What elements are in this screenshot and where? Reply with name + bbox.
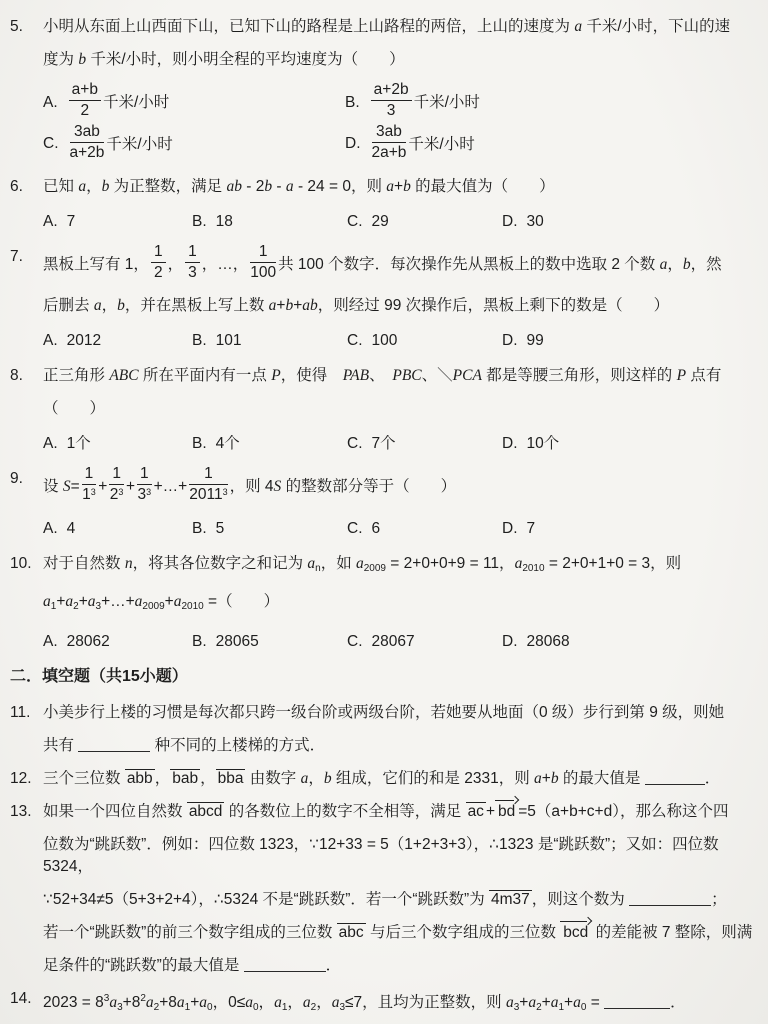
text-run: 28067 <box>372 633 415 650</box>
math-variable: b <box>264 178 272 195</box>
text-run: ，则经过 99 次操作后，黑板上剩下的数是（ ） <box>318 297 669 314</box>
math-variable: a <box>88 593 96 610</box>
question-line: 度为 b 千米/小时，则小明全程的平均速度为（ ） <box>43 49 754 71</box>
option: A.7 <box>43 209 192 235</box>
text-run: 1个 <box>67 435 91 452</box>
question-number: 13. <box>10 801 32 823</box>
text-run: ； <box>711 891 727 908</box>
fraction-numerator: 1 <box>109 466 124 485</box>
text-run: ， <box>667 256 683 273</box>
math-variable: PCA <box>453 367 482 384</box>
option-label: B. <box>192 520 207 537</box>
math-variable: n <box>125 555 133 572</box>
math-variable: b <box>551 770 559 787</box>
fraction-denominator: 2 <box>151 263 166 281</box>
option: C.3aba+2b千米/小时 <box>43 124 345 166</box>
text-run: + <box>542 994 551 1011</box>
arrow-overline-number: bcd <box>560 924 591 941</box>
option: B.18 <box>192 209 347 235</box>
text-run: 的整数部分等于（ ） <box>281 477 456 494</box>
fraction: a+b2 <box>67 82 103 120</box>
text-run: 千米/小时，则小明全程的平均速度为（ ） <box>86 51 405 68</box>
fraction: 13 <box>183 244 202 282</box>
fraction-denominator: 33 <box>137 485 152 503</box>
option-label: D. <box>502 520 518 537</box>
subscript: 2009 <box>142 601 164 612</box>
text-run: 黑板上写有 1， <box>43 256 149 273</box>
option: C.29 <box>347 209 502 235</box>
text-run: = 2+0+1+0 = 3，则 <box>545 555 682 572</box>
question-line: 对于自然数 n，将其各位数字之和记为 an，如 a2009 = 2+0+0+9 … <box>43 553 754 580</box>
subscript: 2010 <box>522 563 544 574</box>
question-line: 已知 a，b 为正整数，满足 ab - 2b - a - 24 = 0，则 a+… <box>43 176 754 198</box>
option: A.a+b2千米/小时 <box>43 82 345 124</box>
fraction-denominator-exponent: 3 <box>91 487 96 497</box>
math-variable: a <box>43 593 51 610</box>
overline-number: bab <box>170 769 200 787</box>
text-run: +…+ <box>154 477 188 494</box>
option-label: D. <box>502 213 518 230</box>
option: D.3ab2a+b千米/小时 <box>345 124 754 166</box>
math-variable: PAB <box>343 367 369 384</box>
options-row: A.a+b2千米/小时B.a+2b3千米/小时C.3aba+2b千米/小时D.3… <box>43 82 754 165</box>
text-run: 的差能被 7 整除，则满 <box>591 924 752 941</box>
question-line: 三个三位数 abb，bab，bba 由数字 a，b 组成，它们的和是 2331，… <box>43 768 754 790</box>
option-label: A. <box>43 520 58 537</box>
question-line: 2023 = 83a3+82a2+8a1+a0，0≤a0，a1，a2，a3≤7，… <box>43 988 754 1019</box>
text-run: 7个 <box>372 435 396 452</box>
question-13: 13.如果一个四位自然数 abcd 的各数位上的数字不全相等，满足 ac+bd=… <box>10 801 754 977</box>
text-run: ，则 4 <box>230 477 274 494</box>
math-variable: S <box>63 477 71 494</box>
option-label: C. <box>43 135 59 152</box>
option: D.30 <box>502 209 754 235</box>
question-line: 位数为“跳跃数”．例如：四位数 1323，∵12+33 = 5（1+2+3+3）… <box>43 834 754 878</box>
options-row: A.2012B.101C.100D.99 <box>43 328 754 354</box>
math-variable: ABC <box>109 367 138 384</box>
option-label: B. <box>192 633 207 650</box>
text-run: =（ ） <box>204 593 279 610</box>
math-variable: a <box>109 994 117 1011</box>
text-run: 7 <box>67 213 76 230</box>
math-variable: a <box>573 994 581 1011</box>
options-row: A.1个B.4个C.7个D.10个 <box>43 431 754 457</box>
math-variable: a <box>65 593 73 610</box>
overline-number: ac <box>466 802 486 820</box>
text-run: ， <box>102 297 118 314</box>
option-label: D. <box>502 633 518 650</box>
option-label: D. <box>502 332 518 349</box>
text-run: 4 <box>67 520 76 537</box>
answer-blank <box>645 769 705 785</box>
text-run: 正三角形 <box>43 367 109 384</box>
option: D.28068 <box>502 629 754 655</box>
question-number: 6. <box>10 176 23 198</box>
question-number: 12. <box>10 768 32 790</box>
text-run: 2023 = 8 <box>43 994 104 1011</box>
text-run: ． <box>705 770 721 787</box>
text-run: 10个 <box>527 435 560 452</box>
text-run: 设 <box>43 477 63 494</box>
option: A.1个 <box>43 431 192 457</box>
text-run: 99 <box>527 332 544 349</box>
text-run: 30 <box>527 213 544 230</box>
fraction: 1100 <box>248 244 278 282</box>
option-label: B. <box>192 435 207 452</box>
text-run: 如果一个四位自然数 <box>43 803 187 820</box>
text-run: 共 100 个数字．每次操作先从黑板上的数中选取 2 个数 <box>278 256 660 273</box>
text-run: ． <box>326 957 342 974</box>
question-8: 8.正三角形 ABC 所在平面内有一点 P，使得 PAB、 PBC、＼PCA 都… <box>10 365 754 457</box>
text-run: ，0≤ <box>213 994 246 1011</box>
overline-number: abb <box>125 769 155 787</box>
math-variable: a <box>307 555 315 572</box>
question-line: 小明从东面上山西面下山，已知下山的路程是上山路程的两倍，上山的速度为 a 千米/… <box>43 16 754 38</box>
text-run: 为正整数，满足 <box>109 178 226 195</box>
text-run: - 24 = 0，则 <box>294 178 387 195</box>
text-run: =5（a+b+c+d），那么称这个四 <box>518 803 728 820</box>
text-run: 点有 <box>686 367 721 384</box>
question-14: 14.2023 = 83a3+82a2+8a1+a0，0≤a0，a1，a2，a3… <box>10 988 754 1019</box>
text-run: - 2 <box>242 178 264 195</box>
answer-blank <box>604 993 670 1009</box>
math-variable: PBC <box>392 367 421 384</box>
option-label: B. <box>345 94 360 111</box>
question-number: 5. <box>10 16 23 38</box>
question-line: 如果一个四位自然数 abcd 的各数位上的数字不全相等，满足 ac+bd=5（a… <box>43 801 754 823</box>
text-run: 千米/小时 <box>408 135 474 152</box>
text-run: 位数为“跳跃数”．例如：四位数 1323，∵12+33 = 5（1+2+3+3）… <box>43 836 719 875</box>
text-run: 都是等腰三角形，则这样的 <box>482 367 677 384</box>
text-run: （ ） <box>43 400 105 417</box>
option: A.4 <box>43 516 192 542</box>
fraction: 12 <box>149 244 168 282</box>
overline-number: abcd <box>187 802 225 820</box>
option: C.28067 <box>347 629 502 655</box>
text-run: 29 <box>372 213 389 230</box>
subscript: 2010 <box>181 601 203 612</box>
text-run: + <box>98 477 107 494</box>
option: C.7个 <box>347 431 502 457</box>
math-variable: a <box>303 994 311 1011</box>
text-run: 18 <box>216 213 233 230</box>
fraction-numerator: 1 <box>250 244 276 263</box>
math-variable: a <box>574 18 582 35</box>
text-run: 小明从东面上山西面下山，已知下山的路程是上山路程的两倍，上山的速度为 <box>43 18 574 35</box>
fraction-denominator: 13 <box>82 485 97 503</box>
option: C.6 <box>347 516 502 542</box>
math-variable: ab <box>302 297 318 314</box>
text-run: 共有 <box>43 737 78 754</box>
math-variable: a <box>386 178 394 195</box>
fraction-numerator: 1 <box>151 244 166 263</box>
text-run: 度为 <box>43 51 78 68</box>
question-line: 正三角形 ABC 所在平面内有一点 P，使得 PAB、 PBC、＼PCA 都是等… <box>43 365 754 387</box>
fraction-numerator: 1 <box>82 466 97 485</box>
text-run: ，然 <box>691 256 722 273</box>
math-variable: a <box>78 178 86 195</box>
text-run: + <box>519 994 528 1011</box>
fraction-numerator: 3ab <box>70 124 105 143</box>
text-run: ， <box>168 256 184 273</box>
fraction-denominator-exponent: 3 <box>118 487 123 497</box>
text-run: ， <box>86 178 102 195</box>
math-variable: b <box>324 770 332 787</box>
text-run: 2012 <box>67 332 101 349</box>
exam-content: 5.小明从东面上山西面下山，已知下山的路程是上山路程的两倍，上山的速度为 a 千… <box>10 16 754 1019</box>
math-variable: a <box>356 555 364 572</box>
text-run: + <box>126 477 135 494</box>
text-run: 组成，它们的和是 2331，则 <box>332 770 534 787</box>
text-run: 6 <box>372 520 381 537</box>
text-run: 5 <box>216 520 225 537</box>
math-variable: a <box>177 994 185 1011</box>
text-run: 种不同的上楼梯的方式． <box>150 737 325 754</box>
question-6: 6.已知 a，b 为正整数，满足 ab - 2b - a - 24 = 0，则 … <box>10 176 754 235</box>
option-label: A. <box>43 213 58 230</box>
option: B.28065 <box>192 629 347 655</box>
text-run: 28068 <box>527 633 570 650</box>
option-label: C. <box>347 435 363 452</box>
text-run: = <box>586 994 604 1011</box>
text-run: ，如 <box>321 555 356 572</box>
fraction-denominator-exponent: 3 <box>223 487 228 497</box>
text-run: + <box>79 593 88 610</box>
fraction-numerator: 1 <box>185 244 200 263</box>
fraction-denominator: 100 <box>250 263 276 281</box>
fraction-denominator: 3 <box>371 101 412 119</box>
option-label: C. <box>347 520 363 537</box>
fraction: 123 <box>107 466 126 504</box>
fraction-denominator: a+2b <box>70 143 105 161</box>
option: D.99 <box>502 328 754 354</box>
text-run: 100 <box>372 332 398 349</box>
fraction: 3aba+2b <box>68 124 107 162</box>
fraction-numerator: 3ab <box>372 124 407 143</box>
options-row: A.28062B.28065C.28067D.28068 <box>43 629 754 655</box>
text-run: 对于自然数 <box>43 555 125 572</box>
question-10: 10.对于自然数 n，将其各位数字之和记为 an，如 a2009 = 2+0+0… <box>10 553 754 655</box>
question-number: 10. <box>10 553 32 575</box>
option: B.5 <box>192 516 347 542</box>
option: B.4个 <box>192 431 347 457</box>
option-label: D. <box>345 135 361 152</box>
option-label: D. <box>502 435 518 452</box>
option-label: A. <box>43 435 58 452</box>
text-run: 若一个“跳跃数”的前三个数字组成的三位数 <box>43 924 337 941</box>
text-run: ， <box>259 994 275 1011</box>
fraction: 133 <box>135 466 154 504</box>
option: C.100 <box>347 328 502 354</box>
options-row: A.7B.18C.29D.30 <box>43 209 754 235</box>
text-run: + <box>293 297 302 314</box>
option: B.101 <box>192 328 347 354</box>
fraction: 3ab2a+b <box>370 124 409 162</box>
option: D.7 <box>502 516 754 542</box>
text-run: 千米/小时，下山的速 <box>582 18 730 35</box>
question-number: 8. <box>10 365 23 387</box>
question-line: 共有 种不同的上楼梯的方式． <box>43 735 754 757</box>
option: B.a+2b3千米/小时 <box>345 82 754 124</box>
option-label: B. <box>192 213 207 230</box>
text-run: +8 <box>159 994 177 1011</box>
subscript: 2009 <box>364 563 386 574</box>
option: A.2012 <box>43 328 192 354</box>
question-line: 后删去 a，b，并在黑板上写上数 a+b+ab，则经过 99 次操作后，黑板上剩… <box>43 295 754 317</box>
text-run: ，将其各位数字之和记为 <box>133 555 308 572</box>
options-row: A.4B.5C.6D.7 <box>43 516 754 542</box>
option-label: C. <box>347 332 363 349</box>
text-run: 、＼ <box>422 367 453 384</box>
text-run: ． <box>670 994 686 1011</box>
math-variable: a <box>286 178 294 195</box>
text-run: 28065 <box>216 633 259 650</box>
math-variable: a <box>274 994 282 1011</box>
fraction-numerator: a+b <box>69 82 101 101</box>
question-line: ∵52+34≠5（5+3+2+4），∴5324 不是“跳跃数”．若一个“跳跃数”… <box>43 889 754 911</box>
fraction-denominator: 23 <box>109 485 124 503</box>
text-run: +…+ <box>101 593 135 610</box>
text-run: = 2+0+0+9 = 11， <box>386 555 515 572</box>
text-run: ∵52+34≠5（5+3+2+4），∴5324 不是“跳跃数”．若一个“跳跃数”… <box>43 891 489 908</box>
question-9: 9.设 S=113+123+133+…+120113，则 4S 的整数部分等于（… <box>10 468 754 543</box>
answer-blank <box>244 956 326 972</box>
fraction-denominator: 2 <box>69 101 101 119</box>
text-run: ，则这个数为 <box>532 891 629 908</box>
text-run: 的最大值为（ ） <box>411 178 555 195</box>
text-run: ， <box>155 770 171 787</box>
option-label: A. <box>43 332 58 349</box>
fraction-denominator: 2a+b <box>372 143 407 161</box>
text-run: ，并在黑板上写上数 <box>125 297 269 314</box>
text-run: 7 <box>527 520 536 537</box>
question-line: 设 S=113+123+133+…+120113，则 4S 的整数部分等于（ ） <box>43 468 754 506</box>
text-run: 、 <box>369 367 392 384</box>
math-variable: a <box>506 994 514 1011</box>
math-variable: P <box>677 367 686 384</box>
text-run: ≤7，且均为正整数，则 <box>345 994 506 1011</box>
text-run: = <box>71 477 80 494</box>
question-line: a1+a2+a3+…+a2009+a2010 =（ ） <box>43 591 754 618</box>
question-line: 足条件的“跳跃数”的最大值是 ． <box>43 955 754 977</box>
option-label: C. <box>347 633 363 650</box>
question-line: 黑板上写有 1，12，13，…，1100共 100 个数字．每次操作先从黑板上的… <box>43 246 754 284</box>
option-label: C. <box>347 213 363 230</box>
question-line: 若一个“跳跃数”的前三个数字组成的三位数 abc 与后三个数字组成的三位数 bc… <box>43 922 754 944</box>
section-header: 二．填空题（共15小题） <box>10 666 754 688</box>
text-run: ，使得 <box>281 367 343 384</box>
text-run: + <box>165 593 174 610</box>
fraction-denominator: 3 <box>185 263 200 281</box>
exam-document-page: 5.小明从东面上山西面下山，已知下山的路程是上山路程的两倍，上山的速度为 a 千… <box>0 0 768 1024</box>
text-run: + <box>542 770 551 787</box>
option: D.10个 <box>502 431 754 457</box>
math-variable: a <box>534 770 542 787</box>
option-label: A. <box>43 94 58 111</box>
fraction-numerator: 1 <box>189 466 227 485</box>
text-run: ， <box>308 770 324 787</box>
text-run: ， <box>287 994 303 1011</box>
fraction: a+2b3 <box>369 82 414 120</box>
text-run: 后删去 <box>43 297 94 314</box>
text-run: ， <box>200 770 216 787</box>
text-run: 由数字 <box>245 770 300 787</box>
answer-blank <box>78 736 150 752</box>
math-variable: ab <box>226 178 242 195</box>
text-run: 三个三位数 <box>43 770 125 787</box>
math-variable: a <box>528 994 536 1011</box>
fraction-denominator: 20113 <box>189 485 227 503</box>
question-number: 11. <box>10 702 30 724</box>
text-run: 千米/小时 <box>414 94 480 111</box>
text-run: + <box>564 994 573 1011</box>
fraction-denominator-exponent: 3 <box>146 487 151 497</box>
question-5: 5.小明从东面上山西面下山，已知下山的路程是上山路程的两倍，上山的速度为 a 千… <box>10 16 754 165</box>
question-line: 小美步行上楼的习惯是每次都只跨一级台阶或两级台阶，若她要从地面（0 级）步行到第… <box>43 702 754 724</box>
text-run: ，…， <box>202 256 249 273</box>
question-7: 7.黑板上写有 1，12，13，…，1100共 100 个数字．每次操作先从黑板… <box>10 246 754 354</box>
math-variable: b <box>683 256 691 273</box>
text-run: 所在平面内有一点 <box>139 367 272 384</box>
text-run: 足条件的“跳跃数”的最大值是 <box>43 957 244 974</box>
option-label: B. <box>192 332 207 349</box>
text-run: ， <box>316 994 332 1011</box>
fraction: 120113 <box>187 466 229 504</box>
math-variable: P <box>271 367 280 384</box>
question-number: 9. <box>10 468 23 490</box>
math-variable: b <box>403 178 411 195</box>
text-run: 千米/小时 <box>106 135 172 152</box>
text-run: 与后三个数字组成的三位数 <box>366 924 561 941</box>
question-12: 12.三个三位数 abb，bab，bba 由数字 a，b 组成，它们的和是 23… <box>10 768 754 790</box>
question-number: 14. <box>10 988 32 1010</box>
text-run: + <box>394 178 403 195</box>
option-label: A. <box>43 633 58 650</box>
option: A.28062 <box>43 629 192 655</box>
math-variable: a <box>94 297 102 314</box>
question-number: 7. <box>10 246 23 268</box>
arrow-overline-number: bd <box>495 803 518 820</box>
question-line: （ ） <box>43 398 754 420</box>
text-run: +8 <box>123 994 141 1011</box>
overline-number: 4m37 <box>489 890 532 908</box>
text-run: 已知 <box>43 178 78 195</box>
question-11: 11.小美步行上楼的习惯是每次都只跨一级台阶或两级台阶，若她要从地面（0 级）步… <box>10 702 754 757</box>
fraction-numerator: a+2b <box>371 82 412 101</box>
overline-number: abc <box>337 923 366 941</box>
fraction-numerator: 1 <box>137 466 152 485</box>
answer-blank <box>629 890 711 906</box>
text-run: 千米/小时 <box>103 94 169 111</box>
text-run: + <box>190 994 199 1011</box>
math-variable: b <box>117 297 125 314</box>
math-variable: a <box>245 994 253 1011</box>
overline-number: bba <box>216 769 246 787</box>
text-run: 的各数位上的数字不全相等，满足 <box>224 803 465 820</box>
fraction: 113 <box>80 466 99 504</box>
text-run: 4个 <box>216 435 240 452</box>
math-variable: a <box>146 994 154 1011</box>
text-run: 小美步行上楼的习惯是每次都只跨一级台阶或两级台阶，若她要从地面（0 级）步行到第… <box>43 704 724 721</box>
text-run: - <box>272 178 286 195</box>
text-run: + <box>486 803 495 820</box>
text-run: 28062 <box>67 633 110 650</box>
text-run: 101 <box>216 332 242 349</box>
text-run: 的最大值是 <box>559 770 645 787</box>
math-variable: b <box>78 51 86 68</box>
math-variable: a <box>199 994 207 1011</box>
